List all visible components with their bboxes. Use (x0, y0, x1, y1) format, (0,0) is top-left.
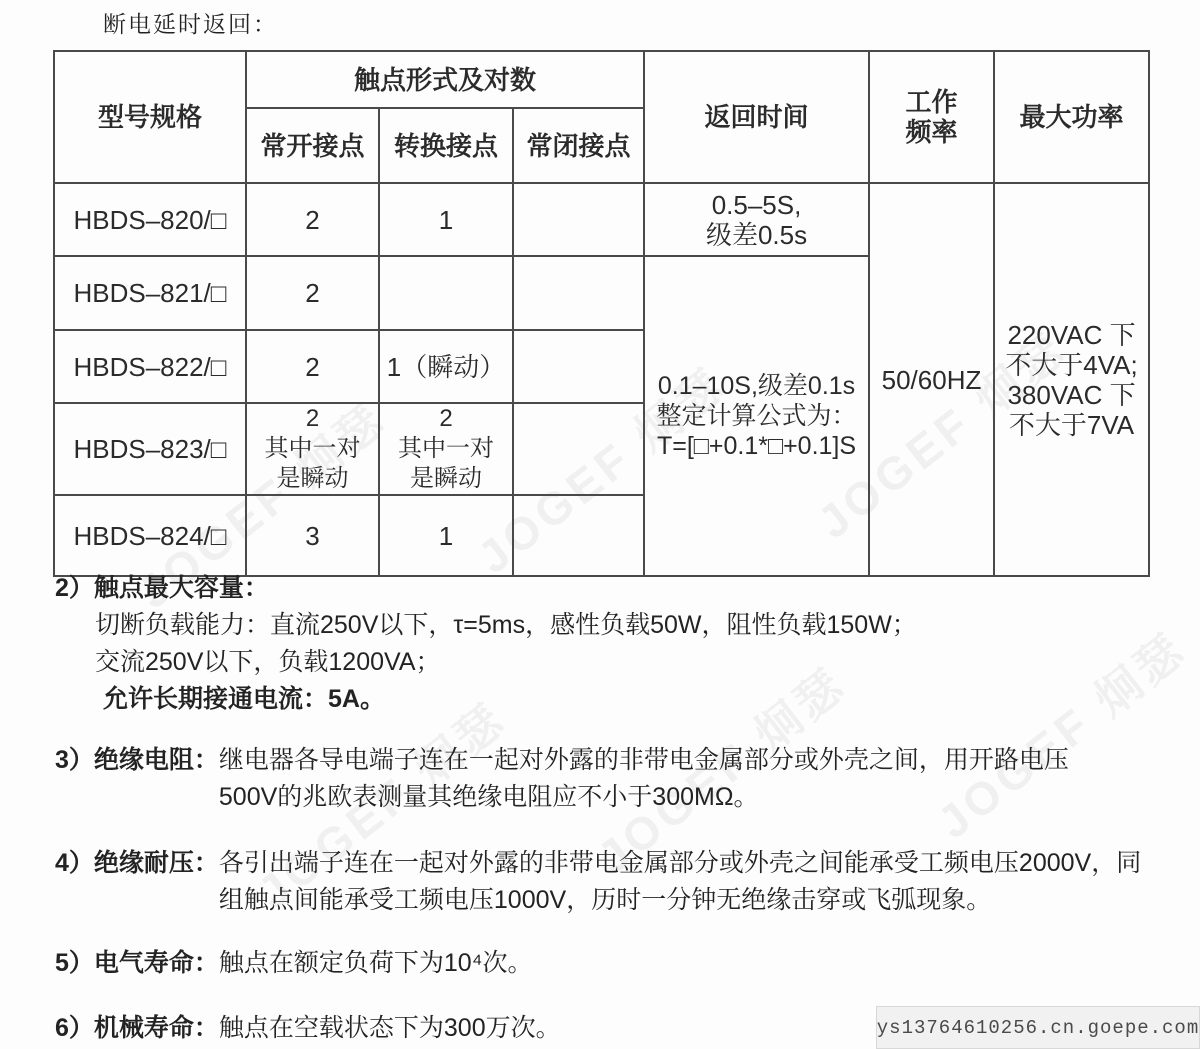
document-page: JOGEF 炯瑟 JOGEF 炯瑟 JOGEF 炯瑟 JOGEF 炯瑟 JOGE… (0, 0, 1200, 1049)
section-label: 4）绝缘耐压： (55, 845, 219, 882)
cell-return-time: 0.5–5S, 级差0.5s (644, 183, 869, 256)
section-text: 触点在额定负荷下为10⁴次。 (219, 945, 533, 982)
cell-model: HBDS–823/□ (54, 403, 246, 495)
cell-normally-closed (513, 495, 644, 576)
section-line: 交流250V以下，负载1200VA； (55, 644, 917, 681)
section-label: 6）机械寿命： (55, 1010, 219, 1047)
spec-table: 型号规格 触点形式及对数 返回时间 工作 频率 最大功率 常开接点 转换接点 常… (53, 50, 1150, 577)
section-heading: 2）触点最大容量： (55, 570, 917, 607)
cell-normally-open: 3 (246, 495, 379, 576)
section-line-bold: 允许长期接通电流：5A。 (55, 681, 917, 718)
cell-normally-open: 2 (246, 330, 379, 403)
header-model: 型号规格 (54, 51, 246, 183)
cell-normally-open: 2 (246, 183, 379, 256)
section-insulation-resistance: 3）绝缘电阻： 继电器各导电端子连在一起对外露的非带电金属部分或外壳之间，用开路… (55, 742, 1069, 816)
section-mechanical-life: 6）机械寿命： 触点在空载状态下为300万次。 (55, 1010, 561, 1047)
cell-changeover: 2 其中一对 是瞬动 (379, 403, 513, 495)
section-text: 触点在空载状态下为300万次。 (219, 1010, 561, 1047)
cell-normally-closed (513, 403, 644, 495)
cell-changeover: 1（瞬动） (379, 330, 513, 403)
header-changeover: 转换接点 (379, 108, 513, 183)
section-electrical-life: 5）电气寿命： 触点在额定负荷下为10⁴次。 (55, 945, 532, 982)
header-max-power: 最大功率 (994, 51, 1149, 183)
section-label: 5）电气寿命： (55, 945, 219, 982)
cell-changeover (379, 256, 513, 330)
watermark-text: JOGEF 炯瑟 (922, 614, 1200, 851)
cell-changeover: 1 (379, 183, 513, 256)
table-row: HBDS–820/□ 2 1 0.5–5S, 级差0.5s 50/60HZ 22… (54, 183, 1149, 256)
header-contact-group: 触点形式及对数 (246, 51, 644, 108)
cell-model: HBDS–820/□ (54, 183, 246, 256)
cell-normally-closed (513, 330, 644, 403)
cell-work-frequency: 50/60HZ (869, 183, 994, 576)
cell-model: HBDS–824/□ (54, 495, 246, 576)
site-watermark-badge: ys13764610256.cn.goepe.com (876, 1006, 1200, 1049)
cell-model: HBDS–822/□ (54, 330, 246, 403)
cell-normally-closed (513, 256, 644, 330)
section-text: 各引出端子连在一起对外露的非带电金属部分或外壳之间能承受工频电压2000V，同 … (219, 845, 1141, 919)
section-line: 切断负载能力：直流250V以下，τ=5ms，感性负载50W，阻性负载150W； (55, 607, 917, 644)
cell-return-time-merged: 0.1–10S,级差0.1s 整定计算公式为： T=[□+0.1*□+0.1]S (644, 256, 869, 576)
cell-max-power: 220VAC 下 不大于4VA; 380VAC 下 不大于7VA (994, 183, 1149, 576)
cell-normally-open: 2 (246, 256, 379, 330)
section-dielectric-strength: 4）绝缘耐压： 各引出端子连在一起对外露的非带电金属部分或外壳之间能承受工频电压… (55, 845, 1141, 919)
site-watermark-text: ys13764610256.cn.goepe.com (877, 1017, 1199, 1039)
header-normally-closed: 常闭接点 (513, 108, 644, 183)
header-return-time: 返回时间 (644, 51, 869, 183)
header-normally-open: 常开接点 (246, 108, 379, 183)
cell-normally-closed (513, 183, 644, 256)
cell-changeover: 1 (379, 495, 513, 576)
section-text: 继电器各导电端子连在一起对外露的非带电金属部分或外壳之间，用开路电压 500V的… (219, 742, 1069, 816)
page-title: 断电延时返回： (103, 6, 278, 39)
section-contact-capacity: 2）触点最大容量： 切断负载能力：直流250V以下，τ=5ms，感性负载50W，… (55, 570, 917, 718)
header-work-frequency: 工作 频率 (869, 51, 994, 183)
section-label: 3）绝缘电阻： (55, 742, 219, 779)
cell-model: HBDS–821/□ (54, 256, 246, 330)
cell-normally-open: 2 其中一对 是瞬动 (246, 403, 379, 495)
